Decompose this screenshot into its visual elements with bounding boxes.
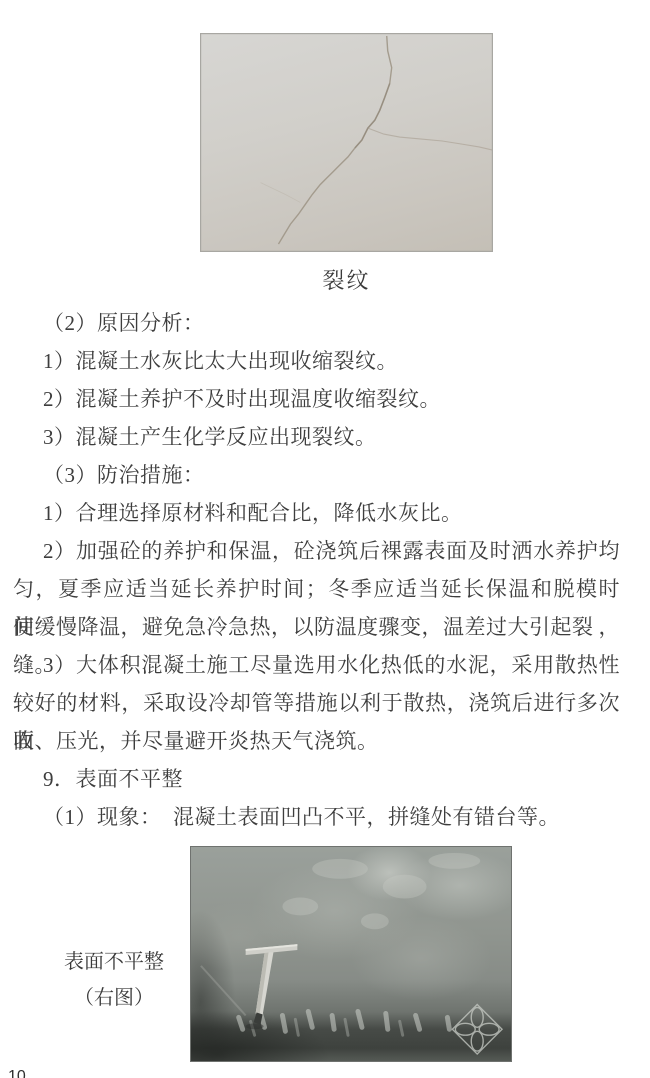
figure2-label-line2: （右图）: [38, 980, 190, 1016]
text-line: 9．表面不平整: [13, 760, 620, 798]
text-line: 2）加强砼的养护和保温，砼浇筑后裸露表面及时洒水养护均: [13, 532, 620, 570]
crack-branch-path: [368, 128, 492, 150]
crack-main-path: [278, 36, 391, 244]
document-page: 裂纹 （2）原因分析：1）混凝土水灰比太大出现收缩裂纹。2）混凝土养护不及时出现…: [0, 0, 650, 1078]
crack-photo: [200, 33, 493, 252]
text-line: （3）防治措施：: [13, 456, 620, 494]
figure2-side-label: 表面不平整 （右图）: [38, 944, 190, 1016]
watermark-logo-icon: [452, 1005, 502, 1055]
figure1-caption: 裂纹: [200, 265, 493, 297]
text-line: 1）混凝土水灰比太大出现收缩裂纹。: [13, 342, 620, 380]
text-line: 3）混凝土产生化学反应出现裂纹。: [13, 418, 620, 456]
text-line: 3）大体积混凝土施工尽量选用水化热低的水泥，采用散热性: [13, 646, 620, 684]
body-text: （2）原因分析：1）混凝土水灰比太大出现收缩裂纹。2）混凝土养护不及时出现温度收…: [13, 304, 620, 836]
page-number: 10: [8, 1068, 26, 1078]
crack-illustration: [201, 34, 492, 251]
figure2-label-line1: 表面不平整: [38, 944, 190, 980]
text-line: （2）原因分析：: [13, 304, 620, 342]
hammer-icon: [246, 944, 298, 1029]
text-line: （1）现象： 混凝土表面凹凸不平，拼缝处有错台等。: [13, 798, 620, 836]
text-line: 匀，夏季应适当延长养护时间；冬季应适当延长保温和脱模时间，: [13, 570, 620, 608]
surface-illustration: [191, 847, 511, 1061]
text-line: 1）合理选择原材料和配合比，降低水灰比。: [13, 494, 620, 532]
uneven-surface-photo: [190, 846, 512, 1062]
text-line: 2）混凝土养护不及时出现温度收缩裂纹。: [13, 380, 620, 418]
text-line: 较好的材料，采取设冷却管等措施以利于散热，浇筑后进行多次收: [13, 684, 620, 722]
text-line: 面、压光，并尽量避开炎热天气浇筑。: [13, 722, 620, 760]
text-line: 使缓慢降温，避免急冷急热，以防温度骤变，温差过大引起裂缝。: [13, 608, 620, 646]
